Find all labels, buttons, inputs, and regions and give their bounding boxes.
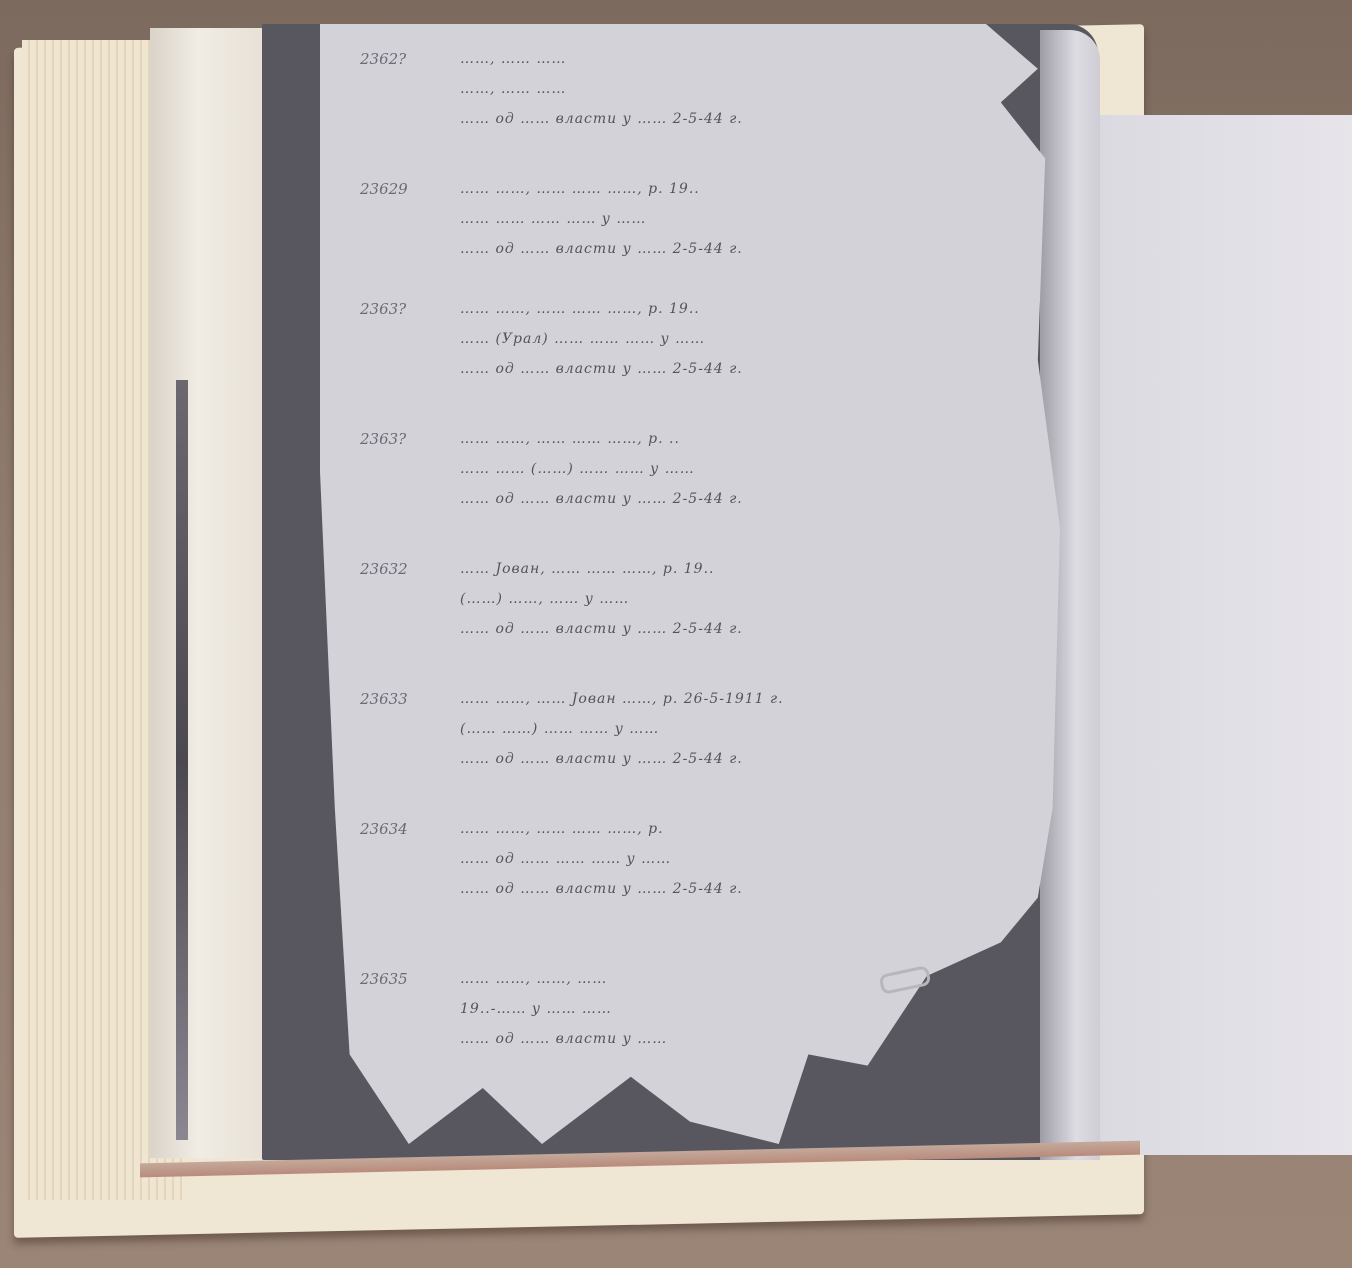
entry-line: …… Јован, …… …… ……, р. 19..: [460, 554, 1050, 584]
leaf-photo-strip: [176, 380, 188, 1140]
entry-line: …… од …… власти у …… 2-5-44 г.: [460, 874, 1050, 904]
entry-line: …… ……, …… …… ……, р. ..: [460, 424, 1050, 454]
entry-number: 23635: [360, 970, 408, 988]
entry-line: …… од …… власти у …… 2-5-44 г.: [460, 614, 1050, 644]
ledger-entry: 2363? …… ……, …… …… ……, р. 19.. …… (Урал)…: [360, 294, 1050, 384]
entry-line: ……, …… ……: [460, 44, 1050, 74]
entry-number: 2362?: [360, 50, 406, 68]
entry-line: (……) ……, …… у ……: [460, 584, 1050, 614]
entry-line: …… од …… власти у …… 2-5-44 г.: [460, 354, 1050, 384]
entry-number: 2363?: [360, 430, 406, 448]
entry-line: …… ……, …… …… ……, р.: [460, 814, 1050, 844]
entry-line: ……, …… ……: [460, 74, 1050, 104]
entry-line: …… …… (……) …… …… у ……: [460, 454, 1050, 484]
entry-line: …… од …… власти у …… 2-5-44 г.: [460, 234, 1050, 264]
ledger-entry: 2362? ……, …… …… ……, …… …… …… од …… власт…: [360, 44, 1050, 134]
entry-line: (…… ……) …… …… у ……: [460, 714, 1050, 744]
ledger-entry: 23632 …… Јован, …… …… ……, р. 19.. (……) ……: [360, 554, 1050, 644]
ledger-entry: 23629 …… ……, …… …… ……, р. 19.. …… …… …… …: [360, 174, 1050, 264]
entry-line: …… од …… власти у …… 2-5-44 г.: [460, 744, 1050, 774]
ledger-entry: 2363? …… ……, …… …… ……, р. .. …… …… (……) …: [360, 424, 1050, 514]
entry-number: 23632: [360, 560, 408, 578]
turned-leaf: [150, 28, 270, 1158]
entry-number: 23633: [360, 690, 408, 708]
ledger-entry: 23634 …… ……, …… …… ……, р. …… од …… …… ………: [360, 814, 1050, 904]
entry-line: …… ……, …… Јован ……, р. 26-5-1911 г.: [460, 684, 1050, 714]
entry-number: 23629: [360, 180, 408, 198]
entry-line: …… ……, …… …… ……, р. 19..: [460, 294, 1050, 324]
entry-line: …… од …… …… …… у ……: [460, 844, 1050, 874]
entry-number: 2363?: [360, 300, 406, 318]
entry-line: …… (Урал) …… …… …… у ……: [460, 324, 1050, 354]
entry-line: …… од …… власти у …… 2-5-44 г.: [460, 104, 1050, 134]
entry-line: …… ……, …… …… ……, р. 19..: [460, 174, 1050, 204]
entry-line: …… …… …… …… у ……: [460, 204, 1050, 234]
entry-line: …… од …… власти у …… 2-5-44 г.: [460, 484, 1050, 514]
entry-number: 23634: [360, 820, 408, 838]
ledger-entry: 23633 …… ……, …… Јован ……, р. 26-5-1911 г…: [360, 684, 1050, 774]
right-page: [1060, 115, 1352, 1155]
